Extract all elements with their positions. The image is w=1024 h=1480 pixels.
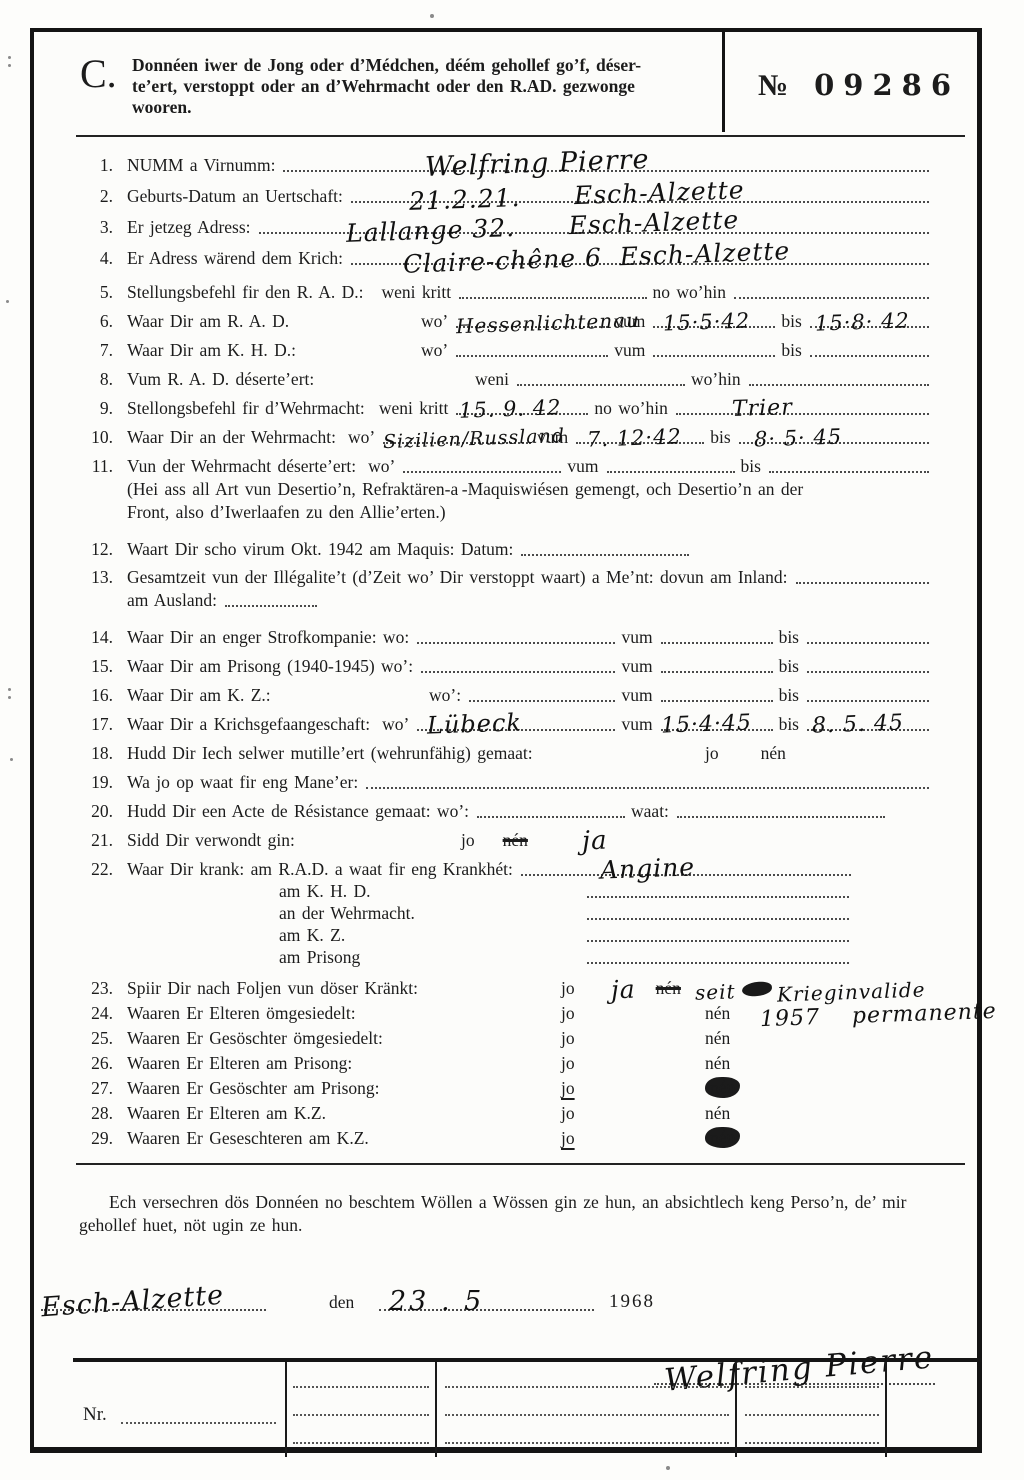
footer-dotted-line — [293, 1386, 429, 1388]
printed-label: Waaren Er Gesöschter am Prisong: — [127, 1078, 555, 1099]
printed-label: jo — [561, 1103, 601, 1124]
footer-dotted-line — [745, 1414, 879, 1416]
declaration-paragraph: Ech versechren dös Donnéen no beschtem W… — [79, 1191, 935, 1237]
form-border-frame: C. Donnéen iwer de Jong oder d’Médchen, … — [30, 28, 982, 1453]
printed-label: no wo’hin — [594, 398, 667, 419]
form-row-9: 9.Stellongsbefehl fir d’Wehrmacht:weni k… — [79, 392, 935, 421]
section-title-line: wooren. — [132, 97, 707, 118]
scan-speck — [6, 300, 9, 303]
form-row-11: 11.Vun der Wehrmacht déserte’ert:wo’vumb… — [79, 450, 935, 479]
scan-speck — [430, 14, 434, 18]
form-row-3: 3.Er jetzeg Adress:Lallange 32. Esch-Alz… — [79, 209, 935, 240]
footer-table: Nr. — [73, 1358, 982, 1457]
printed-label: jo — [561, 1028, 601, 1049]
item-number: 22. — [79, 859, 113, 880]
document-page: C. Donnéen iwer de Jong oder d’Médchen, … — [0, 0, 1024, 1480]
printed-text-blotted: nén — [705, 1126, 741, 1148]
item-number: 29. — [79, 1128, 113, 1149]
dotted-blank — [521, 549, 689, 556]
item-number: 7. — [79, 340, 113, 361]
handwritten-annotation: Krieginvalide — [777, 979, 926, 1004]
scan-speck — [8, 64, 11, 67]
printed-label: am Prisong — [279, 947, 360, 968]
printed-text-under: jo — [561, 1128, 601, 1149]
form-row-22: 22.Waar Dir krank: am R.A.D. a waat fir … — [79, 853, 935, 882]
printed-label: jo — [461, 830, 475, 851]
form-row-cont: am Ausland: — [79, 590, 935, 613]
form-row-7: 7.Waar Dir am K. H. D.:wo’vumbis — [79, 334, 935, 363]
form-row-1: 1.NUMM a Virnumm:Welfring Pierre — [79, 147, 935, 178]
printed-label: bis — [741, 456, 761, 477]
printed-label: Vun der Wehrmacht déserte’ert: — [127, 456, 356, 477]
printed-label: Waart Dir scho virum Okt. 1942 am Maquis… — [127, 539, 513, 560]
form-header: C. Donnéen iwer de Jong oder d’Médchen, … — [34, 32, 977, 132]
form-row-27: 27.Waaren Er Gesöschter am Prisong:jonén — [79, 1076, 935, 1101]
printed-label: nén — [761, 743, 786, 764]
dotted-blank — [421, 666, 615, 673]
form-row-15: 15.Waar Dir am Prisong (1940-1945) wo’:v… — [79, 650, 935, 679]
item-number: 26. — [79, 1053, 113, 1074]
handwritten-annotation: ja — [581, 828, 607, 855]
dotted-blank — [456, 350, 608, 357]
form-number-value: 09286 — [814, 68, 960, 102]
nr-dotted-line — [121, 1422, 276, 1424]
form-row-cont: Front, also d’Iwerlaafen zu den Allie’er… — [79, 502, 935, 525]
form-row-18: 18.Hudd Dir Iech selwer mutille’ert (weh… — [79, 737, 935, 766]
dotted-blank — [734, 292, 929, 299]
dotted-blank — [749, 379, 929, 386]
printed-label: Wa jo op waat fir eng Mane’er: — [127, 772, 358, 793]
form-row-12: 12.Waart Dir scho virum Okt. 1942 am Maq… — [79, 532, 935, 562]
dotted-blank: 15. 9. 42 — [456, 408, 588, 415]
dotted-blank: 8. 5. 45 — [807, 724, 929, 731]
dotted-blank — [653, 350, 775, 357]
form-row-8: 8.Vum R. A. D. déserte’ert:weniwo’hin — [79, 363, 935, 392]
printed-label: vum — [621, 685, 652, 706]
printed-label: Front, also d’Iwerlaafen zu den Allie’er… — [127, 502, 446, 523]
section-title-line: Donnéen iwer de Jong oder d’Médchen, déé… — [132, 55, 707, 76]
item-number: 14. — [79, 627, 113, 648]
printed-label: vum — [621, 714, 652, 735]
printed-label: Waaren Er Geseschteren am K.Z. — [127, 1128, 555, 1149]
form-row-20: 20.Hudd Dir een Acte de Résistance gemaa… — [79, 795, 935, 824]
printed-text-blotted: nén — [705, 1076, 741, 1098]
dotted-blank — [796, 577, 930, 584]
footer-dotted-line — [293, 1442, 429, 1444]
printed-label: jo — [561, 1003, 601, 1024]
printed-label: Waar Dir am Prisong (1940-1945) wo’: — [127, 656, 413, 677]
printed-label: Waar Dir am K. Z.: — [127, 685, 423, 706]
printed-label: (Hei ass all Art vun Desertio’n, Refrakt… — [127, 479, 803, 500]
dotted-blank — [517, 379, 685, 386]
printed-label: am Ausland: — [127, 590, 217, 611]
item-number: 8. — [79, 369, 113, 390]
printed-label: Hudd Dir Iech selwer mutille’ert (wehrun… — [127, 743, 699, 764]
dotted-blank — [810, 350, 929, 357]
dotted-blank: 15·8· 42 — [810, 321, 929, 328]
handwritten-entry: 8. 5. 45 — [812, 712, 905, 737]
printed-label: vum — [621, 656, 652, 677]
printed-label: Spiir Dir nach Foljen vun döser Kränkt: — [127, 978, 555, 999]
dotted-blank — [807, 695, 929, 702]
printed-label: bis — [779, 627, 799, 648]
handwritten-entry: Hessenlichtenau — [456, 310, 641, 336]
form-row-23: 23.Spiir Dir nach Foljen vun döser Kränk… — [79, 976, 935, 1001]
form-row-2: 2.Geburts-Datum an Uertschaft:21.2.21. E… — [79, 178, 935, 209]
section-letter: C. — [80, 54, 117, 94]
dotted-blank — [807, 637, 929, 644]
item-number: 11. — [79, 456, 113, 477]
item-number: 12. — [79, 539, 113, 560]
printed-label: jo — [561, 1053, 601, 1074]
printed-label: am K. H. D. — [279, 881, 371, 902]
form-number-block: №09286 — [734, 68, 984, 103]
year-label: 1968 — [609, 1291, 655, 1313]
dotted-blank — [459, 292, 646, 299]
dotted-blank: 21.2.21. Esch-Alzette — [351, 196, 929, 203]
printed-label: wo’hin — [691, 369, 741, 390]
footer-table-vline — [435, 1362, 437, 1457]
form-row-26: 26.Waaren Er Elteren am Prisong:jonén — [79, 1051, 935, 1076]
item-number: 9. — [79, 398, 113, 419]
item-number: 15. — [79, 656, 113, 677]
printed-label: wo’: — [429, 685, 461, 706]
footer-dotted-line — [445, 1386, 729, 1388]
footer-dotted-line — [745, 1386, 879, 1388]
handwritten-entry: Sizilien/Russland — [383, 427, 566, 452]
dotted-blank — [366, 782, 929, 789]
handwritten-annotation: 1957 permanente — [760, 1001, 997, 1031]
item-number: 25. — [79, 1028, 113, 1049]
section-title-line: te’ert, verstoppt oder an d’Wehrmacht od… — [132, 76, 707, 97]
item-number: 23. — [79, 978, 113, 999]
form-row-10: 10.Waar Dir an der Wehrmacht:wo’Sizilien… — [79, 421, 935, 450]
footer-table-vline — [285, 1362, 287, 1457]
printed-label: Stellongsbefehl fir d’Wehrmacht: — [127, 398, 365, 419]
item-number: 27. — [79, 1078, 113, 1099]
form-row-cont: am Prisong — [79, 948, 935, 970]
form-row-cont: (Hei ass all Art vun Desertio’n, Refrakt… — [79, 479, 935, 502]
item-number: 1. — [79, 155, 113, 176]
form-row-29: 29.Waaren Er Geseschteren am K.Z.jonén — [79, 1126, 935, 1151]
printed-label: Er jetzeg Adress: — [127, 217, 251, 238]
handwritten-entry: 8· 5· 45 — [754, 426, 843, 450]
printed-label: Vum R. A. D. déserte’ert: — [127, 369, 469, 390]
printed-label: vum — [621, 627, 652, 648]
printed-label: am K. Z. — [279, 925, 345, 946]
printed-label: Waar Dir am K. H. D.: — [127, 340, 415, 361]
handwritten-entry: Welfring Pierre — [425, 146, 650, 181]
scan-speck — [666, 1466, 670, 1470]
ink-blot — [742, 981, 773, 998]
printed-label: Waar Dir an enger Strofkompanie: wo: — [127, 627, 409, 648]
printed-label: nén — [705, 1053, 730, 1074]
printed-label: wo’ — [421, 340, 448, 361]
form-row-13: 13.Gesamtzeit vun der Illégalite’t (d’Ze… — [79, 566, 935, 590]
form-row-16: 16.Waar Dir am K. Z.:wo’:vumbis — [79, 679, 935, 708]
handwritten-entry: Lübeck — [427, 710, 523, 737]
handwritten-entry: 7. 12·42 — [586, 426, 682, 450]
item-number: 17. — [79, 714, 113, 735]
item-number: 6. — [79, 311, 113, 332]
dotted-blank: 8· 5· 45 — [739, 437, 929, 444]
form-row-4: 4.Er Adress wärend dem Krich:Claire-chên… — [79, 240, 935, 271]
printed-label: Waar Dir a Krichsgefaangeschaft: — [127, 714, 370, 735]
item-number: 13. — [79, 567, 113, 588]
printed-label: an der Wehrmacht. — [279, 903, 415, 924]
printed-label: weni kritt — [382, 282, 452, 303]
printed-label: Waaren Er Elteren am K.Z. — [127, 1103, 555, 1124]
handwritten-annotation: seit — [695, 981, 736, 1002]
printed-label: wo’ — [421, 311, 448, 332]
printed-label: jo — [705, 743, 719, 764]
form-row-cont: am K. Z. — [79, 926, 935, 948]
dotted-blank — [587, 913, 849, 920]
handwritten-entry: 15. 9. 42 — [459, 397, 562, 422]
item-number: 28. — [79, 1103, 113, 1124]
dotted-blank: Lübeck — [417, 724, 615, 731]
printed-label: jo — [561, 978, 601, 999]
printed-label: wo’ — [382, 714, 409, 735]
handwritten-annotation: ja — [611, 977, 637, 1003]
item-number: 10. — [79, 427, 113, 448]
printed-label: Er Adress wärend dem Krich: — [127, 248, 343, 269]
printed-label: wo’ — [368, 456, 395, 477]
printed-label: NUMM a Virnumm: — [127, 155, 275, 176]
handwritten-entry: Claire-chêne 6 Esch-Alzette — [403, 238, 791, 277]
item-number: 19. — [79, 772, 113, 793]
handwritten-entry: Angine — [600, 854, 696, 882]
printed-label: weni kritt — [379, 398, 449, 419]
footer-table-vline — [885, 1362, 887, 1457]
dotted-blank: 15·5·42 — [653, 321, 775, 328]
dotted-blank — [607, 466, 735, 473]
dotted-blank: Sizilien/Russland — [383, 437, 531, 444]
item-number: 24. — [79, 1003, 113, 1024]
handwritten-entry: Trier — [731, 397, 792, 421]
dotted-blank — [469, 695, 615, 702]
printed-label: Geburts-Datum an Uertschaft: — [127, 186, 343, 207]
form-row-21: 21.Sidd Dir verwondt gin:jonénja — [79, 824, 935, 853]
printed-label: nén — [705, 1003, 730, 1024]
printed-label: Waar Dir krank: am R.A.D. a waat fir eng… — [127, 859, 513, 880]
dotted-blank — [807, 666, 929, 673]
dotted-blank: 7. 12·42 — [576, 437, 704, 444]
printed-label: Waaren Er Elteren am Prisong: — [127, 1053, 555, 1074]
scan-speck — [8, 688, 11, 691]
dotted-blank: Welfring Pierre — [283, 165, 929, 172]
printed-label: Hudd Dir een Acte de Résistance gemaat: … — [127, 801, 469, 822]
footer-dotted-line — [445, 1442, 729, 1444]
printed-label: Waar Dir an der Wehrmacht: — [127, 427, 336, 448]
printed-label: nén — [705, 1103, 730, 1124]
item-number: 3. — [79, 217, 113, 238]
handwritten-place: Esch-Alzette — [40, 1280, 225, 1324]
printed-label: nén — [705, 1028, 730, 1049]
dotted-blank — [477, 811, 625, 818]
nr-label: Nr. — [83, 1404, 107, 1426]
printed-label: bis — [779, 685, 799, 706]
handwritten-entry: 15·4·45 — [660, 712, 752, 737]
dotted-blank — [587, 935, 849, 942]
dotted-blank — [403, 466, 561, 473]
form-row-6: 6.Waar Dir am R. A. D.wo’Hessenlichtenau… — [79, 305, 935, 334]
printed-label: Waaren Er Gesöschter ömgesiedelt: — [127, 1028, 555, 1049]
form-row-14: 14.Waar Dir an enger Strofkompanie: wo:v… — [79, 620, 935, 650]
dotted-blank — [661, 637, 773, 644]
printed-label: bis — [779, 656, 799, 677]
printed-label: bis — [781, 311, 801, 332]
printed-label: weni — [475, 369, 509, 390]
printed-label: Sidd Dir verwondt gin: — [127, 830, 455, 851]
numero-sign: № — [758, 69, 788, 102]
footer-dotted-line — [293, 1414, 429, 1416]
header-rule — [76, 135, 965, 137]
dotted-blank — [587, 891, 849, 898]
form-body: 1.NUMM a Virnumm:Welfring Pierre2.Geburt… — [79, 147, 935, 1151]
printed-label: Stellungsbefehl fir den R. A. D.: — [127, 282, 364, 303]
den-label: den — [329, 1292, 354, 1313]
form-row-17: 17.Waar Dir a Krichsgefaangeschaft:wo’Lü… — [79, 708, 935, 737]
header-divider — [722, 32, 725, 132]
dotted-blank — [661, 666, 773, 673]
section-title: Donnéen iwer de Jong oder d’Médchen, déé… — [132, 55, 707, 118]
dotted-blank: 15·4·45 — [661, 724, 773, 731]
section-end-rule — [76, 1163, 965, 1165]
handwritten-entry: 15·8· 42 — [814, 310, 910, 334]
dotted-blank — [417, 637, 615, 644]
printed-label: Gesamtzeit vun der Illégalite’t (d’Zeit … — [127, 567, 788, 588]
handwritten-entry: 15·5·42 — [663, 310, 751, 334]
item-number: 20. — [79, 801, 113, 822]
dotted-blank — [769, 466, 929, 473]
item-number: 21. — [79, 830, 113, 851]
printed-label: bis — [710, 427, 730, 448]
dotted-blank — [587, 957, 849, 964]
form-row-cont: an der Wehrmacht. — [79, 904, 935, 926]
item-number: 5. — [79, 282, 113, 303]
item-number: 18. — [79, 743, 113, 764]
printed-label: wo’ — [348, 427, 375, 448]
printed-label: no wo’hin — [653, 282, 726, 303]
scan-speck — [10, 758, 13, 761]
printed-label: bis — [779, 714, 799, 735]
item-number: 4. — [79, 248, 113, 269]
printed-label: Waaren Er Elteren ömgesiedelt: — [127, 1003, 555, 1024]
printed-label: vum — [567, 456, 598, 477]
scan-speck — [8, 56, 11, 59]
dotted-blank: Hessenlichtenau — [456, 321, 608, 328]
dotted-blank: Lallange 32. Esch-Alzette — [259, 227, 929, 234]
printed-text-strike: nén — [503, 830, 528, 851]
form-row-19: 19.Wa jo op waat fir eng Mane’er: — [79, 766, 935, 795]
dotted-blank — [225, 600, 317, 607]
printed-label: Waar Dir am R. A. D. — [127, 311, 415, 332]
footer-dotted-line — [745, 1442, 879, 1444]
dotted-blank — [677, 811, 885, 818]
dotted-blank: Trier — [676, 408, 929, 415]
form-row-5: 5.Stellungsbefehl fir den R. A. D.:weni … — [79, 274, 935, 305]
footer-table-vline — [735, 1362, 737, 1457]
handwritten-day-month: 23 . 5 — [389, 1286, 484, 1317]
form-row-24: 24.Waaren Er Elteren ömgesiedelt:jonén19… — [79, 1001, 935, 1026]
scan-speck — [8, 696, 11, 699]
printed-text-strike: nén — [656, 978, 681, 999]
item-number: 2. — [79, 186, 113, 207]
printed-text-under: jo — [561, 1078, 601, 1099]
form-row-28: 28.Waaren Er Elteren am K.Z.jonén — [79, 1101, 935, 1126]
dotted-blank — [661, 695, 773, 702]
closing-date-line: Esch-Alzette den 23 . 5 1968 — [79, 1263, 935, 1335]
dotted-blank: Claire-chêne 6 Esch-Alzette — [351, 258, 929, 265]
form-row-cont: am K. H. D. — [79, 882, 935, 904]
footer-dotted-line — [445, 1414, 729, 1416]
item-number: 16. — [79, 685, 113, 706]
printed-label: bis — [781, 340, 801, 361]
printed-label: vum — [614, 340, 645, 361]
printed-label: waat: — [631, 801, 669, 822]
dotted-blank: Angine — [521, 869, 851, 876]
